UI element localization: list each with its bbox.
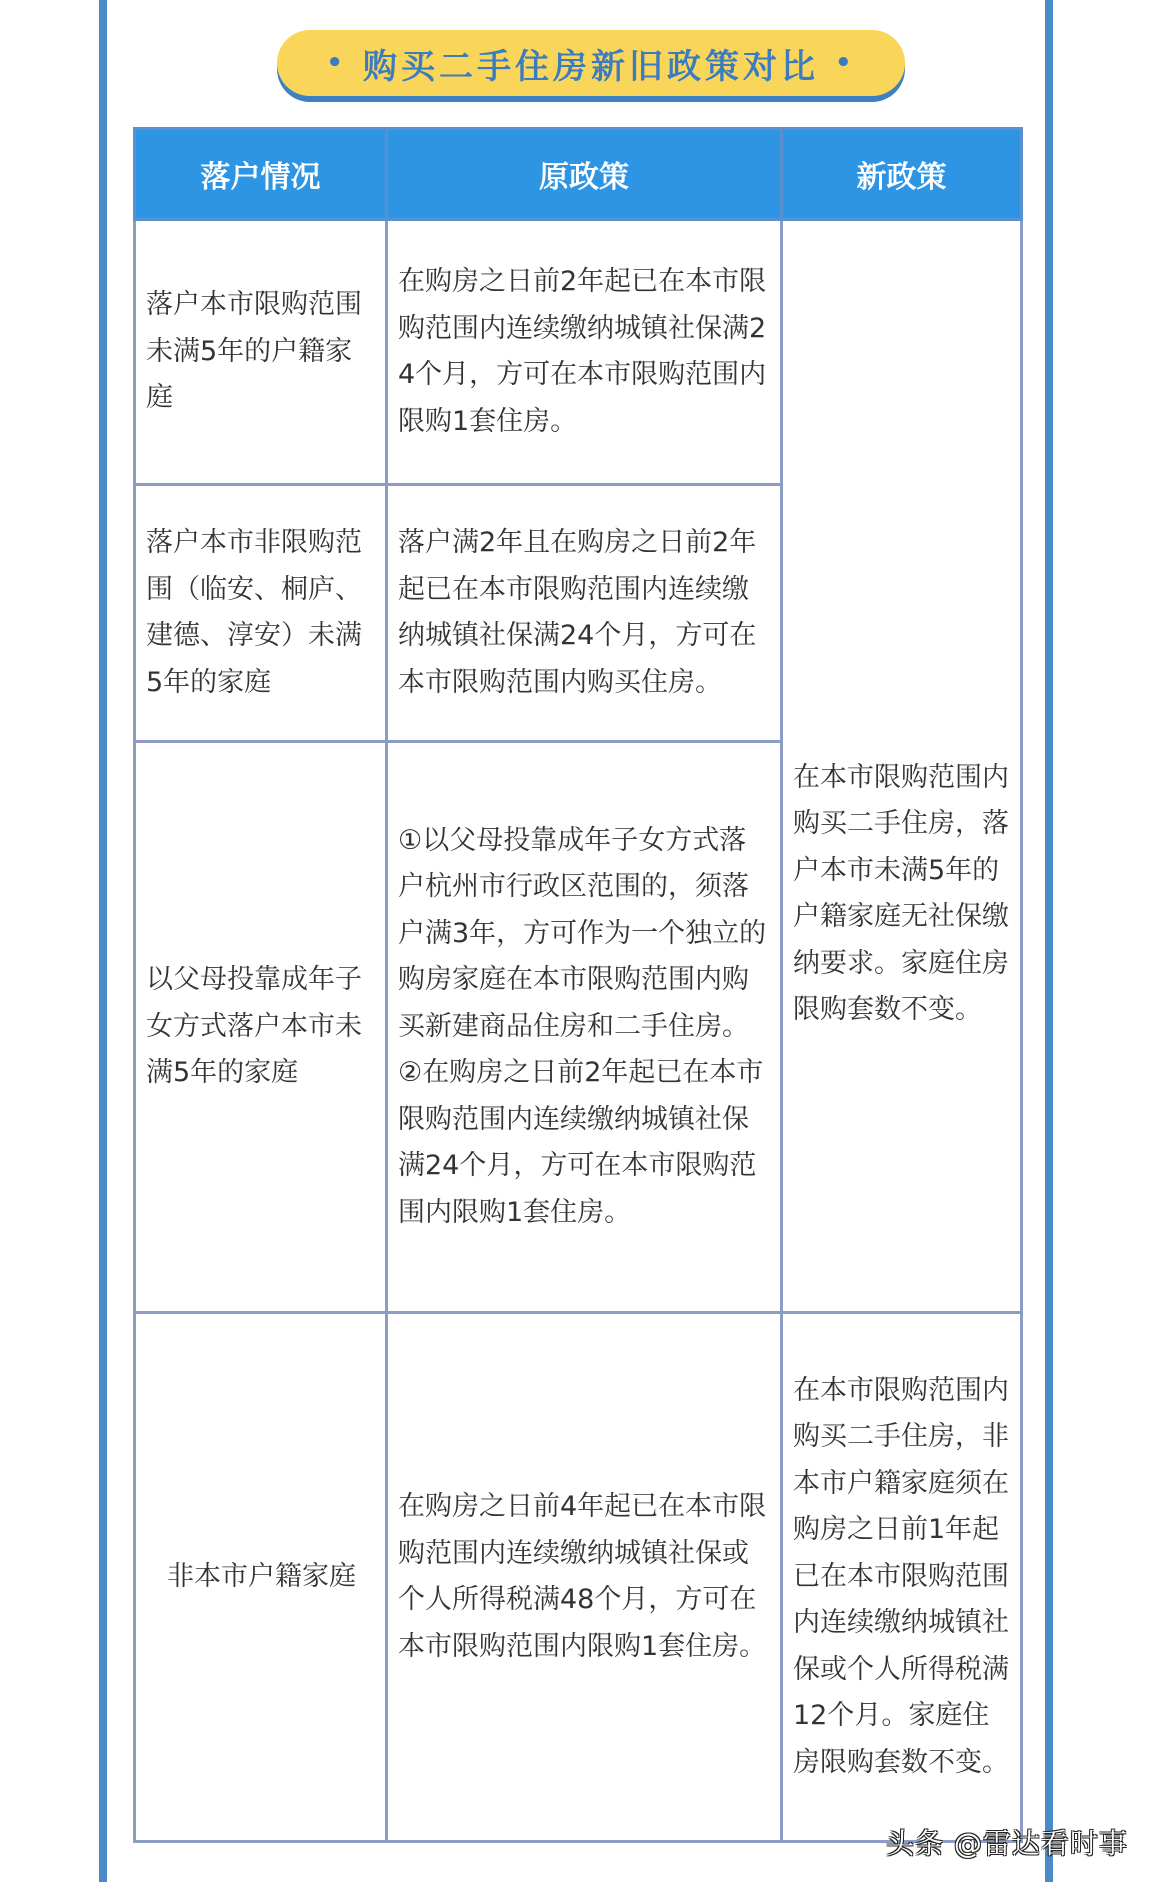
old-policy-item-1: ①以父母投靠成年子女方式落户杭州市行政区范围的，须落户满3年，方可作为一个独立的… [398, 818, 772, 1051]
column-header-old-policy: 原政策 [387, 129, 782, 220]
table-row: 落户本市限购范围未满5年的户籍家庭 在购房之日前2年起已在本市限购范围内连续缴纳… [135, 220, 1022, 485]
situation-cell: 以父母投靠成年子女方式落户本市未满5年的家庭 [135, 742, 387, 1313]
watermark: 头条 @雷达看时事 [886, 1822, 1128, 1862]
bullet-dot-icon: • [326, 48, 347, 78]
new-policy-text: 在本市限购范围内购买二手住房，落户本市未满5年的户籍家庭无社保缴纳要求。家庭住房… [793, 755, 1012, 1034]
situation-cell: 非本市户籍家庭 [135, 1313, 387, 1842]
title-banner: • 购买二手住房新旧政策对比 • [277, 30, 905, 96]
frame-border-left [99, 0, 107, 1882]
frame-border-right [1045, 0, 1053, 1882]
table-header-row: 落户情况 原政策 新政策 [135, 129, 1022, 220]
old-policy-cell: ①以父母投靠成年子女方式落户杭州市行政区范围的，须落户满3年，方可作为一个独立的… [387, 742, 782, 1313]
policy-comparison-table: 落户情况 原政策 新政策 落户本市限购范围未满5年的户籍家庭 在购房之日前2年起… [133, 127, 1023, 1843]
old-policy-cell: 在购房之日前4年起已在本市限购范围内连续缴纳城镇社保或个人所得税满48个月，方可… [387, 1313, 782, 1842]
old-policy-item-2: ②在购房之日前2年起已在本市限购范围内连续缴纳城镇社保满24个月，方可在本市限购… [398, 1050, 772, 1236]
column-header-new-policy: 新政策 [782, 129, 1022, 220]
column-header-situation: 落户情况 [135, 129, 387, 220]
situation-cell: 落户本市限购范围未满5年的户籍家庭 [135, 220, 387, 485]
page-title: 购买二手住房新旧政策对比 [363, 39, 819, 88]
bullet-dot-icon: • [835, 48, 856, 78]
old-policy-cell: 落户满2年且在购房之日前2年起已在本市限购范围内连续缴纳城镇社保满24个月，方可… [387, 485, 782, 742]
situation-cell: 落户本市非限购范围（临安、桐庐、建德、淳安）未满5年的家庭 [135, 485, 387, 742]
old-policy-cell: 在购房之日前2年起已在本市限购范围内连续缴纳城镇社保满24个月，方可在本市限购范… [387, 220, 782, 485]
new-policy-cell-merged: 在本市限购范围内购买二手住房，落户本市未满5年的户籍家庭无社保缴纳要求。家庭住房… [782, 220, 1022, 1313]
new-policy-cell: 在本市限购范围内购买二手住房，非本市户籍家庭须在购房之日前1年起已在本市限购范围… [782, 1313, 1022, 1842]
table-row: 非本市户籍家庭 在购房之日前4年起已在本市限购范围内连续缴纳城镇社保或个人所得税… [135, 1313, 1022, 1842]
